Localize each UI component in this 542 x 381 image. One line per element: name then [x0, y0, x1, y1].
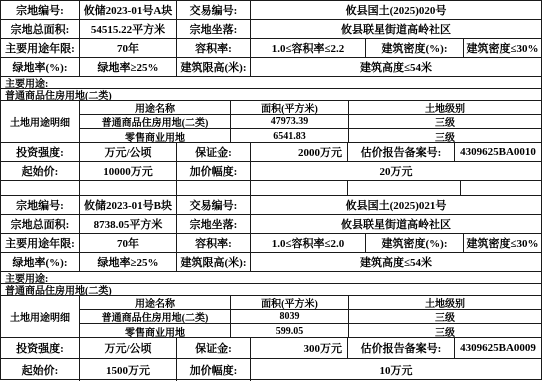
total-area-row: 宗地总面积: 54515.22平方米 宗地坐落: 攸县联星街道高岭社区 — [1, 20, 541, 39]
detail-header-row: 用途名称 面积(平方米) 土地级别 — [80, 101, 541, 115]
detail-row: 零售商业用地 599.05 三级 — [80, 324, 541, 338]
spacer-cell — [177, 181, 251, 195]
deposit-label: 保证金: — [177, 338, 251, 358]
main-use-label: 主要用途: — [1, 77, 541, 88]
parcel-no-label: 宗地编号: — [1, 196, 80, 214]
height-value: 建筑高度≤54米 — [251, 58, 541, 76]
far-value: 1.0≤容积率≤2.0 — [251, 234, 366, 252]
green-height-row: 绿地率(%): 绿地率≥25% 建筑限高(米): 建筑高度≤54米 — [1, 253, 541, 272]
term-far-row: 主要用途年限: 70年 容积率: 1.0≤容积率≤2.0 建筑密度(%): 建筑… — [1, 234, 541, 253]
invest-intensity-label: 投资强度: — [1, 338, 80, 358]
deal-no-label: 交易编号: — [177, 196, 251, 214]
start-price-row: 起始价: 1500万元 加价幅度: 10万元 — [1, 359, 541, 381]
invest-intensity-value: 万元/公顷 — [80, 338, 177, 358]
land-grade-header: 土地级别 — [349, 101, 541, 114]
land-auction-table: 宗地编号: 攸储2023-01号A块 交易编号: 攸县国土(2025)020号 … — [0, 0, 542, 380]
appraisal-label: 估价报告备案号: — [348, 338, 455, 358]
term-value: 70年 — [80, 234, 177, 252]
term-value: 70年 — [80, 39, 177, 57]
spacer-cell — [251, 181, 348, 195]
detail-row: 普通商品住房用地(二类) 47973.39 三级 — [80, 115, 541, 129]
green-height-row: 绿地率(%): 绿地率≥25% 建筑限高(米): 建筑高度≤54米 — [1, 58, 541, 77]
land-grade-cell: 三级 — [349, 129, 541, 143]
detail-label: 土地用途明细 — [1, 296, 80, 337]
parcel-no-label: 宗地编号: — [1, 1, 80, 19]
density-label: 建筑密度(%): — [366, 39, 464, 57]
detail-row: 普通商品住房用地(二类) 8039 三级 — [80, 310, 541, 324]
use-name-cell: 普通商品住房用地(二类) — [80, 310, 231, 323]
term-label: 主要用途年限: — [1, 39, 80, 57]
total-area-label: 宗地总面积: — [1, 20, 80, 38]
total-area-label: 宗地总面积: — [1, 215, 80, 233]
area-cell: 47973.39 — [231, 115, 349, 128]
detail-header-row: 用途名称 面积(平方米) 土地级别 — [80, 296, 541, 310]
spacer-cell — [348, 181, 461, 195]
increment-value: 10万元 — [251, 359, 541, 381]
density-label: 建筑密度(%): — [366, 234, 464, 252]
land-grade-header: 土地级别 — [349, 296, 541, 309]
invest-intensity-value: 万元/公顷 — [80, 143, 177, 161]
start-price-label: 起始价: — [1, 162, 80, 180]
green-label: 绿地率(%): — [1, 253, 80, 271]
far-label: 容积率: — [177, 234, 251, 252]
land-grade-cell: 三级 — [349, 324, 541, 338]
main-use-value: 普通商品住房用地(二类) — [1, 89, 541, 100]
height-label: 建筑限高(米): — [177, 253, 251, 271]
deal-no-value: 攸县国土(2025)021号 — [251, 196, 541, 214]
spacer-row — [1, 181, 541, 196]
density-value: 建筑密度≤30% — [464, 234, 541, 252]
area-cell: 8039 — [231, 310, 349, 323]
use-name-header: 用途名称 — [80, 101, 231, 114]
area-cell: 599.05 — [231, 324, 349, 338]
start-price-label: 起始价: — [1, 359, 80, 381]
area-cell: 6541.83 — [231, 129, 349, 143]
total-area-value: 54515.22平方米 — [80, 20, 177, 38]
deal-no-label: 交易编号: — [177, 1, 251, 19]
start-price-value: 10000万元 — [80, 162, 177, 180]
detail-label: 土地用途明细 — [1, 101, 80, 142]
appraisal-value: 4309625BA0009 — [455, 338, 541, 358]
use-name-cell: 普通商品住房用地(二类) — [80, 115, 231, 128]
location-value: 攸县联星街道高岭社区 — [251, 215, 541, 233]
increment-label: 加价幅度: — [177, 162, 251, 180]
area-header: 面积(平方米) — [231, 101, 349, 114]
spacer-cell — [1, 181, 80, 195]
density-value: 建筑密度≤30% — [464, 39, 541, 57]
start-price-row: 起始价: 10000万元 加价幅度: 20万元 — [1, 162, 541, 181]
land-grade-cell: 三级 — [349, 115, 541, 128]
height-value: 建筑高度≤54米 — [251, 253, 541, 271]
term-far-row: 主要用途年限: 70年 容积率: 1.0≤容积率≤2.2 建筑密度(%): 建筑… — [1, 39, 541, 58]
land-use-detail-block: 土地用途明细 用途名称 面积(平方米) 土地级别 普通商品住房用地(二类) 47… — [1, 101, 541, 143]
main-use-value: 普通商品住房用地(二类) — [1, 284, 541, 295]
invest-deposit-row: 投资强度: 万元/公顷 保证金: 300万元 估价报告备案号: 4309625B… — [1, 338, 541, 359]
spacer-cell — [80, 181, 177, 195]
location-label: 宗地坐落: — [177, 215, 251, 233]
land-grade-cell: 三级 — [349, 310, 541, 323]
use-name-header: 用途名称 — [80, 296, 231, 309]
parcel-section-b: 宗地编号: 攸储2023-01号B块 交易编号: 攸县国土(2025)021号 … — [1, 196, 541, 381]
height-label: 建筑限高(米): — [177, 58, 251, 76]
far-label: 容积率: — [177, 39, 251, 57]
location-value: 攸县联星街道高岭社区 — [251, 20, 541, 38]
term-label: 主要用途年限: — [1, 234, 80, 252]
parcel-no-row: 宗地编号: 攸储2023-01号B块 交易编号: 攸县国土(2025)021号 — [1, 196, 541, 215]
start-price-value: 1500万元 — [80, 359, 177, 381]
detail-row: 零售商业用地 6541.83 三级 — [80, 129, 541, 143]
increment-value: 20万元 — [251, 162, 541, 180]
appraisal-label: 估价报告备案号: — [348, 143, 455, 161]
deposit-value: 300万元 — [251, 338, 348, 358]
main-use-label: 主要用途: — [1, 272, 541, 283]
main-use-value-row: 普通商品住房用地(二类) — [1, 284, 541, 296]
parcel-no-row: 宗地编号: 攸储2023-01号A块 交易编号: 攸县国土(2025)020号 — [1, 1, 541, 20]
area-header: 面积(平方米) — [231, 296, 349, 309]
deposit-value: 2000万元 — [251, 143, 348, 161]
main-use-label-row: 主要用途: — [1, 272, 541, 284]
parcel-section-a: 宗地编号: 攸储2023-01号A块 交易编号: 攸县国土(2025)020号 … — [1, 1, 541, 181]
deal-no-value: 攸县国土(2025)020号 — [251, 1, 541, 19]
increment-label: 加价幅度: — [177, 359, 251, 381]
spacer-cell — [461, 181, 541, 195]
land-use-detail-block: 土地用途明细 用途名称 面积(平方米) 土地级别 普通商品住房用地(二类) 80… — [1, 296, 541, 338]
appraisal-value: 4309625BA0010 — [455, 143, 541, 161]
parcel-no-value: 攸储2023-01号B块 — [80, 196, 177, 214]
main-use-label-row: 主要用途: — [1, 77, 541, 89]
green-value: 绿地率≥25% — [80, 58, 177, 76]
deposit-label: 保证金: — [177, 143, 251, 161]
invest-intensity-label: 投资强度: — [1, 143, 80, 161]
total-area-value: 8738.05平方米 — [80, 215, 177, 233]
use-name-cell: 零售商业用地 — [80, 324, 231, 338]
invest-deposit-row: 投资强度: 万元/公顷 保证金: 2000万元 估价报告备案号: 4309625… — [1, 143, 541, 162]
location-label: 宗地坐落: — [177, 20, 251, 38]
parcel-no-value: 攸储2023-01号A块 — [80, 1, 177, 19]
green-label: 绿地率(%): — [1, 58, 80, 76]
green-value: 绿地率≥25% — [80, 253, 177, 271]
main-use-value-row: 普通商品住房用地(二类) — [1, 89, 541, 101]
total-area-row: 宗地总面积: 8738.05平方米 宗地坐落: 攸县联星街道高岭社区 — [1, 215, 541, 234]
far-value: 1.0≤容积率≤2.2 — [251, 39, 366, 57]
use-name-cell: 零售商业用地 — [80, 129, 231, 143]
